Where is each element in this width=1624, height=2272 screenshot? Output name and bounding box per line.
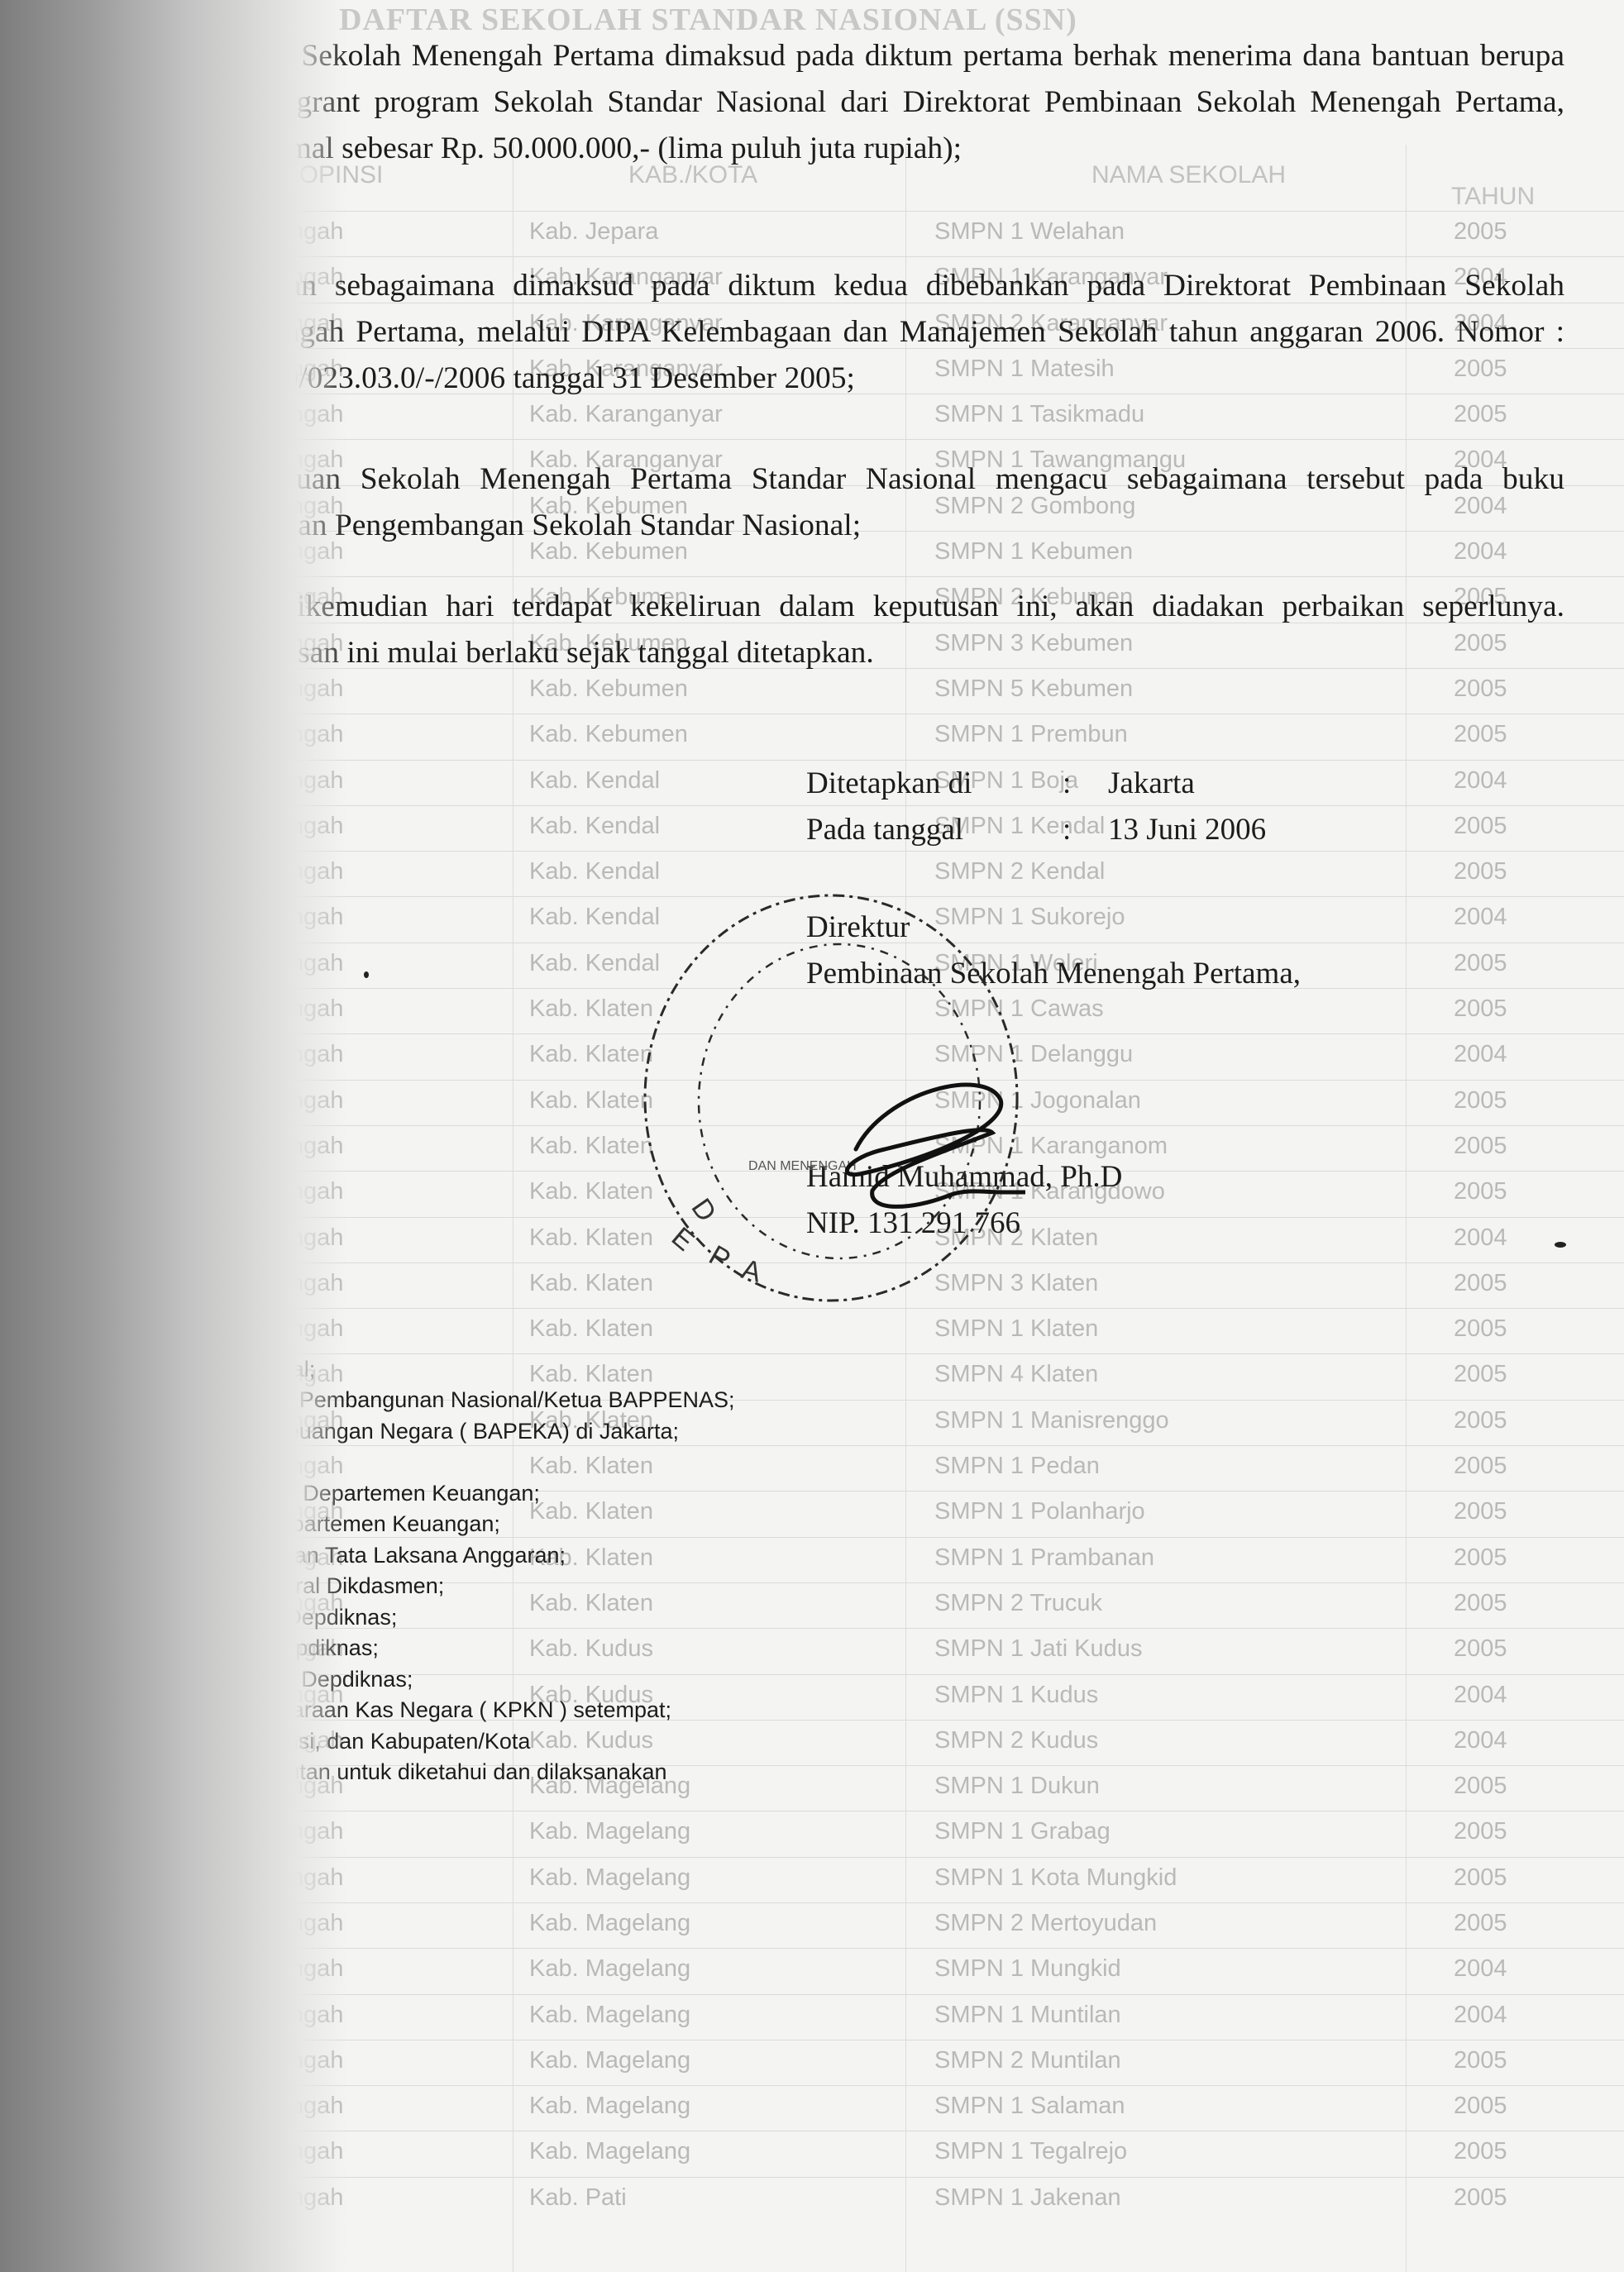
diktum-label: KEEMPAT [0,463,157,498]
place-colon: : [1063,761,1108,807]
diktum-colon: : [164,38,172,73]
tembusan-item: 12. Kepala Kantor perbendaharaan Kas Neg… [0,1695,735,1726]
tembusan-item: 2. Menteri Negara Perencana Pembangunan … [0,1385,735,1416]
scan-speck [364,971,369,978]
tembusan-item: 11. Kepala Biro Perlengkapan Depdiknas; [0,1664,735,1696]
date-label: Pada tanggal [806,807,1063,853]
tembusan-item: 7. Direktur Perbendaharaan dan Tata Laks… [0,1540,735,1572]
svg-text:E: E [666,1221,700,1258]
decree-page: KEDUA : Setiap Sekolah Menengah Pertama … [0,0,1624,2272]
place-value: Jakarta [1108,761,1195,807]
svg-text:P: P [704,1239,736,1276]
date-row: Pada tanggal : 13 Juni 2006 [806,807,1301,853]
place-label: Ditetapkan di [806,761,1063,807]
tembusan-item: 10. Kepala Biro Keuangan Depdiknas; [0,1633,735,1664]
place-row: Ditetapkan di : Jakarta [806,761,1301,807]
diktum-kedua: KEDUA : Setiap Sekolah Menengah Pertama … [213,33,1564,172]
svg-text:D: D [685,1193,722,1228]
diktum-label: KELIMA [0,590,157,625]
diktum-label: KEDUA [0,40,157,74]
diktum-ketiga: KETIGA : Bantuan sebagaimana dimaksud pa… [213,263,1564,402]
tembusan-item: 8. Sekretaris Direktorat Jenderal Dikdas… [0,1571,735,1602]
date-value: 13 Juni 2006 [1108,807,1266,853]
diktum-colon: : [164,461,172,496]
diktum-label: KETIGA [0,270,157,304]
tembusan-item: 5. Direktur Jenderal Anggaran Departemen… [0,1478,735,1510]
tembusan-item: 6. Direktur Jenderal Pajak Departemen Ke… [0,1509,735,1540]
svg-text:DAN MENENGAH: DAN MENENGAH [748,1159,857,1173]
diktum-text: Jika dikemudian hari terdapat kekeliruan… [213,584,1564,676]
diktum-text: Ketentuan Sekolah Menengah Pertama Stand… [213,456,1564,549]
tembusan-item: 4. Sekjen Depdiknas; [0,1447,735,1478]
official-stamp-icon: D E P A DAN MENENGAH [637,885,1025,1306]
diktum-colon: : [164,589,172,623]
tembusan-list: Tembusan Yth.: 1. Menteri Pendidikan Nas… [0,1323,735,1788]
tembusan-item: 13. Dinas Pendidikan Propinsi, dan Kabup… [0,1726,735,1758]
svg-text:A: A [738,1253,765,1289]
scan-speck [1555,1242,1566,1248]
diktum-text: Setiap Sekolah Menengah Pertama dimaksud… [213,33,1564,172]
tembusan-items: 1. Menteri Pendidikan Nasional;2. Menter… [0,1354,735,1788]
tembusan-item: 1. Menteri Pendidikan Nasional; [0,1354,735,1386]
tembusan-item: 14. Sekolah yang bersangkutan untuk dike… [0,1757,735,1788]
diktum-text: Bantuan sebagaimana dimaksud pada diktum… [213,263,1564,402]
diktum-kelima: KELIMA : Jika dikemudian hari terdapat k… [213,584,1564,676]
tembusan-item: 9. Kepala Biro Perencanaan Depdiknas; [0,1602,735,1634]
tembusan-item: 3. Ketua Badan Pemeriksa Keuangan Negara… [0,1416,735,1448]
diktum-colon: : [164,268,172,303]
date-colon: : [1063,807,1108,853]
tembusan-heading: Tembusan Yth.: [0,1323,735,1354]
diktum-keempat: KEEMPAT : Ketentuan Sekolah Menengah Per… [213,456,1564,549]
